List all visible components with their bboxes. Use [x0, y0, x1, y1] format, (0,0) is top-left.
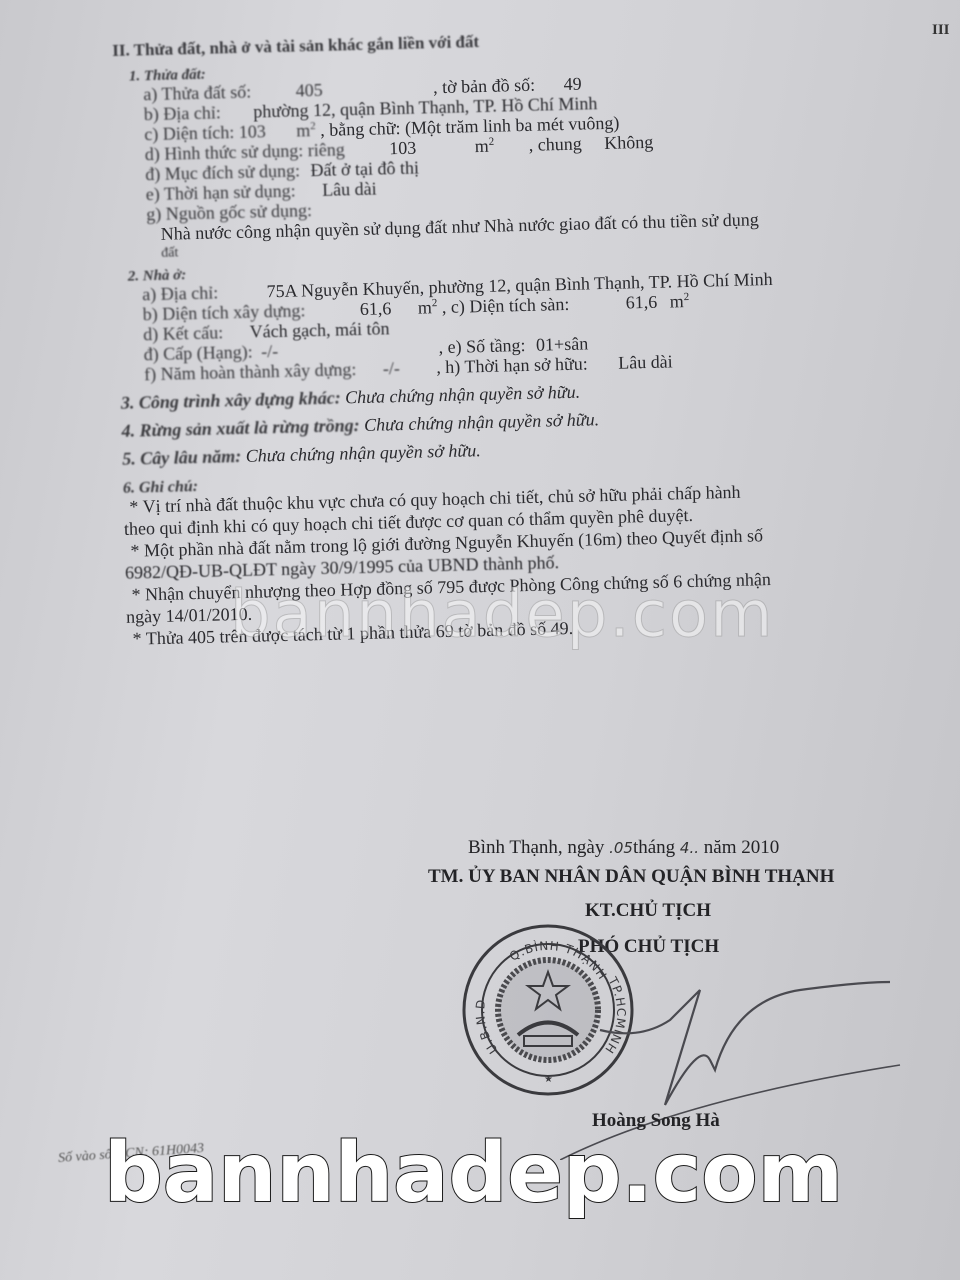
svg-text:U.B.N.D: U.B.N.D [473, 998, 500, 1056]
place-date: Bình Thạnh, ngày .05tháng 4.. năm 2010 [468, 837, 779, 859]
issuing-organization: TM. ỦY BAN NHÂN DÂN QUẬN BÌNH THẠNH [428, 866, 834, 888]
month-label: tháng [633, 837, 675, 858]
deputy-title-1: KT.CHỦ TỊCH [585, 900, 711, 922]
document-photo: III II. Thửa đất, nhà ở và tài sản khác … [0, 0, 960, 1280]
month-handwritten: 4.. [680, 839, 699, 857]
watermark: bannhadep.com [104, 1126, 843, 1221]
signature-block: Bình Thạnh, ngày .05tháng 4.. năm 2010 T… [0, 0, 960, 1280]
year-label: năm 2010 [704, 837, 779, 858]
place-date-prefix: Bình Thạnh, ngày [468, 837, 604, 858]
day-handwritten: .05 [609, 839, 633, 857]
svg-text:★: ★ [544, 1074, 553, 1085]
